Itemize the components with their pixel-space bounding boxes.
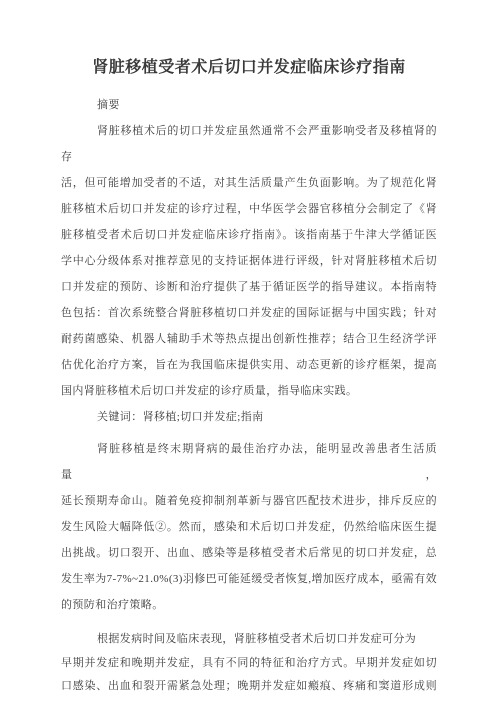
text-line: 发生风险大幅降低②。然而，感染和术后切口并发症，仍然给临床医生提 bbox=[61, 514, 437, 540]
text-line: 出挑战。切口裂开、出血、感染等是移植受者术后常见的切口并发症，总 bbox=[61, 540, 437, 566]
abstract-heading: 摘要 bbox=[61, 92, 437, 118]
text-line: 延长预期寿命山。随着免疫抑制剂革新与器官匹配技术进步，排斥反应的 bbox=[61, 488, 437, 514]
text-line: 口感染、出血和裂开需紧急处理；晚期并发症如瘢痕、疼痛和窦道形成则 bbox=[61, 675, 437, 698]
text-line: 活，但可能增加受者的不适，对其生活质量产生负面影响。为了规范化肾 bbox=[61, 170, 437, 196]
text-line: 早期并发症和晚期并发症，具有不同的特征和治疗方式。早期并发症如切 bbox=[61, 652, 437, 675]
text-line: 学中心分级体系对推荐意见的支持证据体进行评级，针对肾脏移植术后切 bbox=[61, 248, 437, 274]
text-line: 国内肾脏移植术后切口并发症的诊疗质量，指导临床实践。 bbox=[61, 378, 437, 404]
text-line: 发生率为7-7%~21.0%(3)羽修巴可能延缓受者恢复,增加医疗成本，亟需有效 bbox=[61, 566, 437, 592]
text-line: 根据发病时间及临床表现，肾脏移植受者术后切口并发症可分为 bbox=[61, 626, 437, 652]
text-line: 口并发症的预防、诊断和治疗提供了基于循证医学的指导建议。本指南特 bbox=[61, 274, 437, 300]
document-title: 肾脏移植受者术后切口并发症临床诊疗指南 bbox=[61, 56, 437, 80]
text-line: 估优化治疗方案，旨在为我国临床提供实用、动态更新的诊疗框架，提高 bbox=[61, 352, 437, 378]
document-page: 肾脏移植受者术后切口并发症临床诊疗指南 摘要 肾脏移植术后的切口并发症虽然通常不… bbox=[0, 0, 500, 707]
text-line: 耐药菌感染、机器人辅助手术等热点提出创新性推荐；结合卫生经济学评 bbox=[61, 326, 437, 352]
text-line: 肾脏移植术后的切口并发症虽然通常不会严重影响受者及移植肾的存 bbox=[61, 118, 437, 170]
keywords-line: 关键词：肾移植;切口并发症;指南 bbox=[61, 404, 437, 430]
classification-paragraph: 根据发病时间及临床表现，肾脏移植受者术后切口并发症可分为 早期并发症和晚期并发症… bbox=[61, 626, 437, 698]
text-line: 肾脏移植是终末期肾病的最佳治疗办法，能明显改善患者生活质量， bbox=[61, 436, 437, 488]
abstract-paragraph: 肾脏移植术后的切口并发症虽然通常不会严重影响受者及移植肾的存 活，但可能增加受者… bbox=[61, 118, 437, 404]
introduction-paragraph: 肾脏移植是终末期肾病的最佳治疗办法，能明显改善患者生活质量， 延长预期寿命山。随… bbox=[61, 436, 437, 618]
text-line: 脏移植术后切口并发症的诊疗过程，中华医学会器官移植分会制定了《肾 bbox=[61, 196, 437, 222]
text-line: 的预防和治疗策略。 bbox=[61, 592, 437, 618]
text-line: 脏移植受者术后切口并发症临床诊疗指南》。该指南基于牛津大学循证医 bbox=[61, 222, 437, 248]
text-line: 色包括：首次系统整合肾脏移植切口并发症的国际证据与中国实践；针对 bbox=[61, 300, 437, 326]
